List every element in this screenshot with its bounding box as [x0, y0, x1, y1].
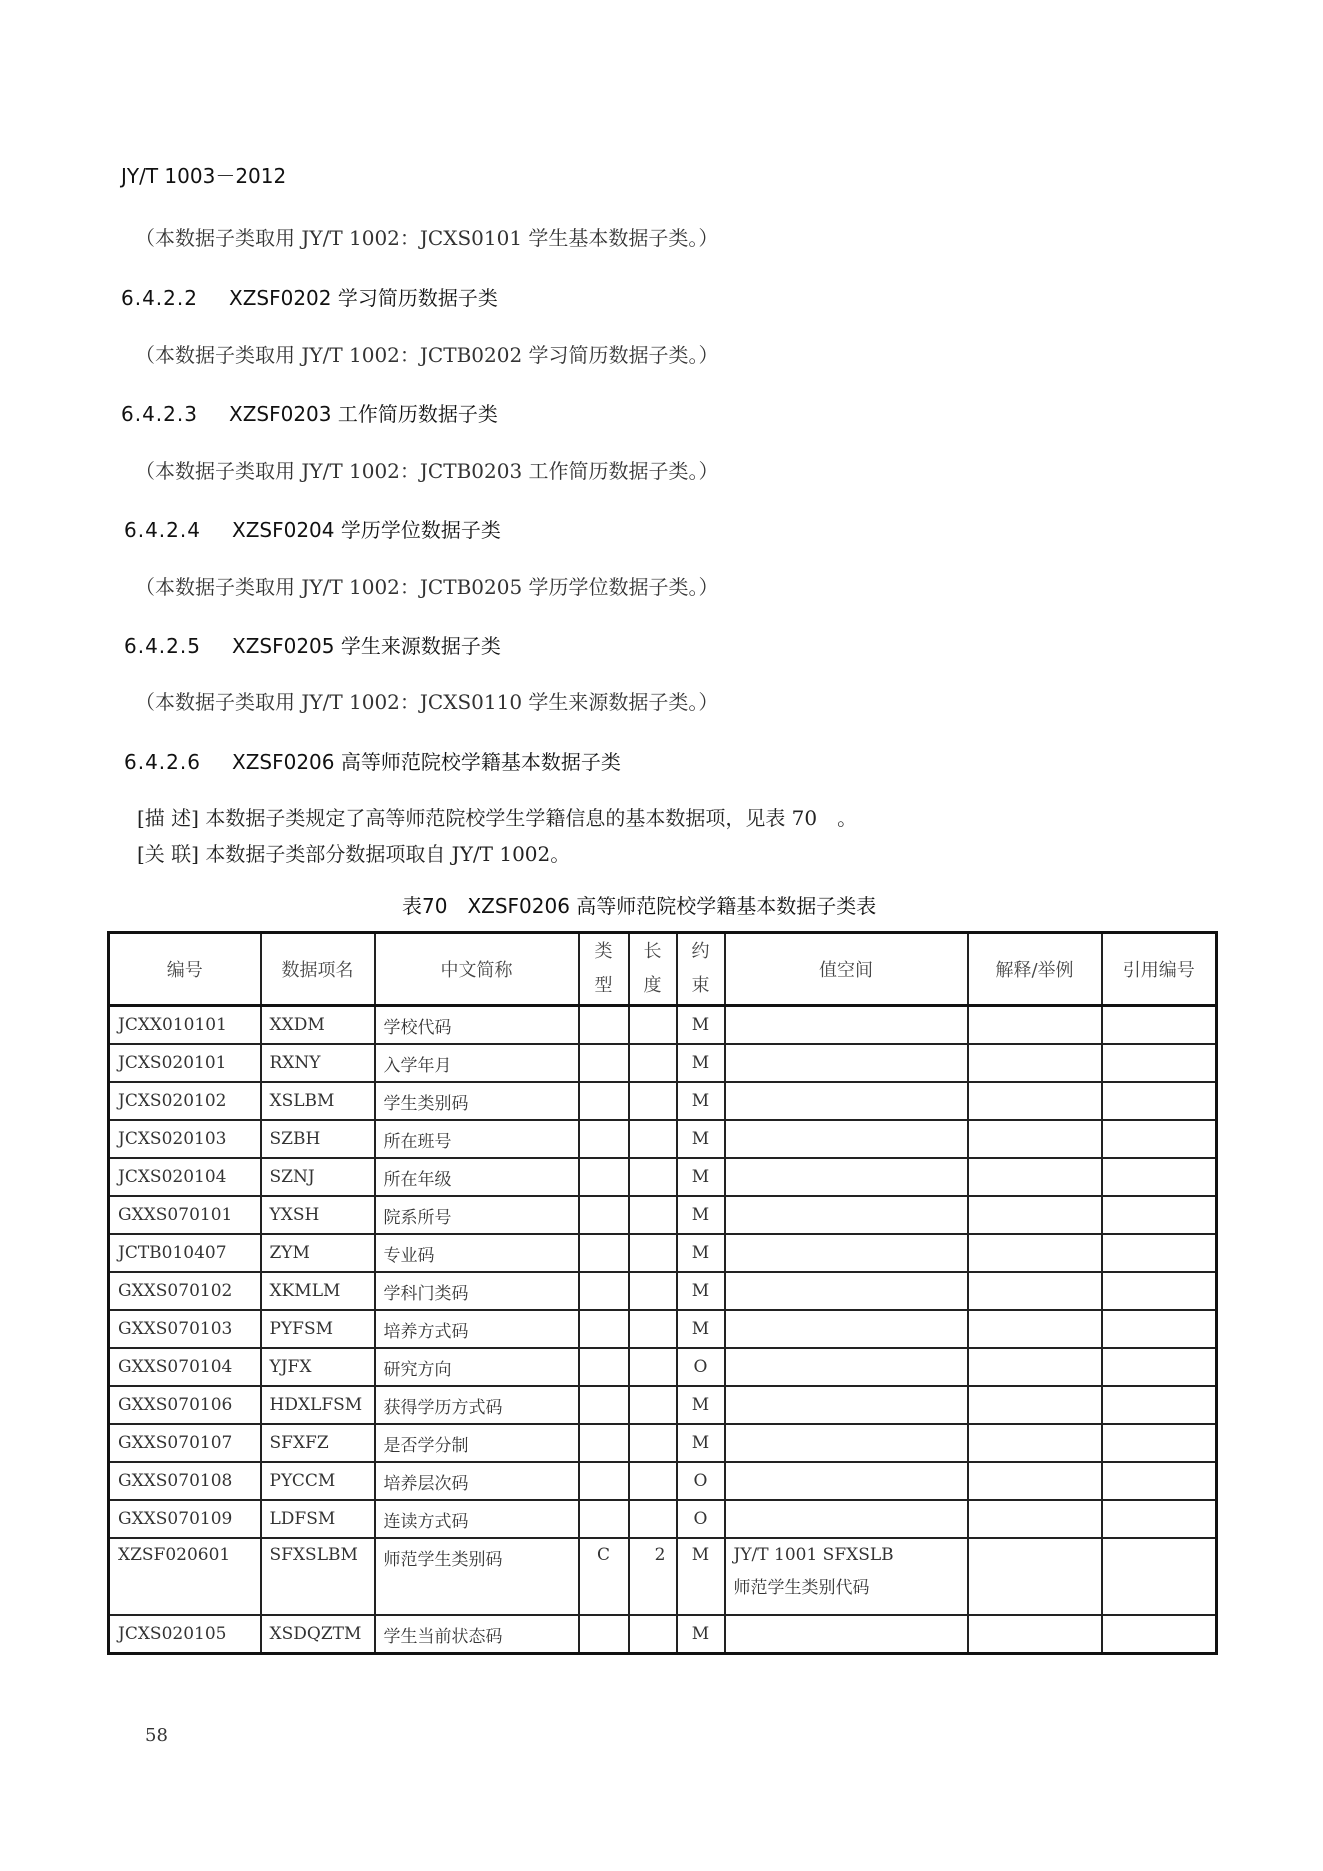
section-title: XZSF0206 高等师范院校学籍基本数据子类 — [232, 750, 621, 774]
cell-type — [579, 1158, 629, 1196]
header-line: 度 — [644, 975, 662, 996]
column-header-ref: 引用编号 — [1102, 933, 1217, 1006]
cell-cn: 培养层次码 — [375, 1462, 579, 1500]
cell-length — [629, 1006, 677, 1045]
cell-explain — [968, 1158, 1102, 1196]
table-row: JCXS020104 SZNJ 所在年级 M — [109, 1158, 1217, 1196]
page-number: 58 — [145, 1725, 168, 1746]
column-header-value-space: 值空间 — [725, 933, 968, 1006]
cell-ref — [1102, 1538, 1217, 1615]
table-row: JCXS020101 RXNY 入学年月 M — [109, 1044, 1217, 1082]
cell-value-space — [725, 1006, 968, 1045]
section-heading-6-4-2-2: 6.4.2.2XZSF0202 学习简历数据子类 — [121, 282, 498, 311]
cell-cn: 学生类别码 — [375, 1082, 579, 1120]
cell-value-space — [725, 1120, 968, 1158]
description-paragraph: [描 述] 本数据子类规定了高等师范院校学生学籍信息的基本数据项，见表 70 。 — [137, 802, 857, 831]
cell-ref — [1102, 1006, 1217, 1045]
cell-cn: 入学年月 — [375, 1044, 579, 1082]
table-caption: 表70 XZSF0206 高等师范院校学籍基本数据子类表 — [402, 890, 876, 919]
cell-cn: 研究方向 — [375, 1348, 579, 1386]
cell-name: XSLBM — [261, 1082, 375, 1120]
cell-value-space — [725, 1615, 968, 1654]
cell-constraint: M — [677, 1120, 725, 1158]
cell-value-space — [725, 1272, 968, 1310]
table-row: GXXS070106 HDXLFSM 获得学历方式码 M — [109, 1386, 1217, 1424]
table-row: GXXS070104 YJFX 研究方向 O — [109, 1348, 1217, 1386]
column-header-length: 长度 — [629, 933, 677, 1006]
cell-type — [579, 1044, 629, 1082]
cell-length — [629, 1234, 677, 1272]
cell-id: GXXS070102 — [109, 1272, 261, 1310]
cell-explain — [968, 1044, 1102, 1082]
column-header-constraint: 约束 — [677, 933, 725, 1006]
cell-name: XKMLM — [261, 1272, 375, 1310]
section-number: 6.4.2.3 — [121, 402, 229, 426]
cell-length — [629, 1196, 677, 1234]
standard-id-header: JY/T 1003－2012 — [121, 160, 286, 189]
section-note-6-4-2-4: （本数据子类取用 JY/T 1002：JCTB0205 学历学位数据子类。） — [135, 571, 719, 600]
section-title: XZSF0202 学习简历数据子类 — [229, 286, 498, 310]
cell-cn: 专业码 — [375, 1234, 579, 1272]
cell-type: C — [579, 1538, 629, 1615]
cell-name: PYFSM — [261, 1310, 375, 1348]
cell-ref — [1102, 1044, 1217, 1082]
cell-cn: 所在班号 — [375, 1120, 579, 1158]
description-label: [描 述] — [137, 806, 199, 830]
cell-constraint: M — [677, 1006, 725, 1045]
cell-explain — [968, 1500, 1102, 1538]
cell-value-space — [725, 1158, 968, 1196]
cell-cn: 师范学生类别码 — [375, 1538, 579, 1615]
cell-cn: 连读方式码 — [375, 1500, 579, 1538]
cell-explain — [968, 1272, 1102, 1310]
cell-value-space — [725, 1386, 968, 1424]
section-number: 6.4.2.4 — [124, 518, 232, 542]
value-space-line: 师范学生类别代码 — [734, 1573, 959, 1598]
cell-name: SZNJ — [261, 1158, 375, 1196]
cell-id: JCXS020104 — [109, 1158, 261, 1196]
cell-cn: 培养方式码 — [375, 1310, 579, 1348]
cell-value-space — [725, 1234, 968, 1272]
cell-id: GXXS070108 — [109, 1462, 261, 1500]
table-row: GXXS070107 SFXFZ 是否学分制 M — [109, 1424, 1217, 1462]
table-row: GXXS070102 XKMLM 学科门类码 M — [109, 1272, 1217, 1310]
data-items-table: 编号 数据项名 中文简称 类型 长度 约束 值空间 解释/举例 引用编号 JCX… — [107, 931, 1218, 1655]
cell-cn: 学校代码 — [375, 1006, 579, 1045]
column-header-id: 编号 — [109, 933, 261, 1006]
cell-value-space — [725, 1196, 968, 1234]
cell-length — [629, 1120, 677, 1158]
cell-cn: 所在年级 — [375, 1158, 579, 1196]
cell-name: YXSH — [261, 1196, 375, 1234]
cell-value-space — [725, 1348, 968, 1386]
section-title: XZSF0204 学历学位数据子类 — [232, 518, 501, 542]
table-row: XZSF020601 SFXSLBM 师范学生类别码 C 2 M JY/T 10… — [109, 1538, 1217, 1615]
cell-id: GXXS070103 — [109, 1310, 261, 1348]
table-row: GXXS070108 PYCCM 培养层次码 O — [109, 1462, 1217, 1500]
cell-name: RXNY — [261, 1044, 375, 1082]
cell-length: 2 — [629, 1538, 677, 1615]
cell-cn: 学生当前状态码 — [375, 1615, 579, 1654]
header-line: 约 — [692, 941, 710, 962]
description-text: 本数据子类规定了高等师范院校学生学籍信息的基本数据项，见表 70 。 — [205, 806, 857, 830]
table-row: GXXS070103 PYFSM 培养方式码 M — [109, 1310, 1217, 1348]
cell-type — [579, 1272, 629, 1310]
cell-value-space: JY/T 1001 SFXSLB师范学生类别代码 — [725, 1538, 968, 1615]
cell-constraint: M — [677, 1044, 725, 1082]
cell-explain — [968, 1424, 1102, 1462]
cell-ref — [1102, 1158, 1217, 1196]
cell-ref — [1102, 1500, 1217, 1538]
cell-type — [579, 1006, 629, 1045]
cell-explain — [968, 1462, 1102, 1500]
cell-id: GXXS070106 — [109, 1386, 261, 1424]
cell-type — [579, 1120, 629, 1158]
cell-length — [629, 1615, 677, 1654]
cell-name: HDXLFSM — [261, 1386, 375, 1424]
cell-cn: 是否学分制 — [375, 1424, 579, 1462]
cell-name: YJFX — [261, 1348, 375, 1386]
column-header-cn: 中文简称 — [375, 933, 579, 1006]
section-number: 6.4.2.5 — [124, 634, 232, 658]
section-note-6-4-2-2: （本数据子类取用 JY/T 1002：JCTB0202 学习简历数据子类。） — [135, 339, 719, 368]
cell-constraint: M — [677, 1386, 725, 1424]
cell-length — [629, 1310, 677, 1348]
section-note-6-4-2-1: （本数据子类取用 JY/T 1002：JCXS0101 学生基本数据子类。） — [135, 222, 718, 251]
table-row: JCXS020105 XSDQZTM 学生当前状态码 M — [109, 1615, 1217, 1654]
section-heading-6-4-2-3: 6.4.2.3XZSF0203 工作简历数据子类 — [121, 398, 498, 427]
section-note-6-4-2-5: （本数据子类取用 JY/T 1002：JCXS0110 学生来源数据子类。） — [135, 686, 718, 715]
table-row: GXXS070101 YXSH 院系所号 M — [109, 1196, 1217, 1234]
cell-value-space — [725, 1310, 968, 1348]
cell-type — [579, 1615, 629, 1654]
cell-ref — [1102, 1386, 1217, 1424]
cell-id: XZSF020601 — [109, 1538, 261, 1615]
cell-ref — [1102, 1462, 1217, 1500]
cell-ref — [1102, 1348, 1217, 1386]
cell-explain — [968, 1386, 1102, 1424]
cell-name: PYCCM — [261, 1462, 375, 1500]
relation-text: 本数据子类部分数据项取自 JY/T 1002。 — [205, 842, 570, 866]
cell-ref — [1102, 1424, 1217, 1462]
cell-value-space — [725, 1424, 968, 1462]
cell-explain — [968, 1120, 1102, 1158]
cell-type — [579, 1348, 629, 1386]
cell-ref — [1102, 1082, 1217, 1120]
cell-id: GXXS070104 — [109, 1348, 261, 1386]
cell-name: ZYM — [261, 1234, 375, 1272]
cell-name: XSDQZTM — [261, 1615, 375, 1654]
cell-id: JCXS020102 — [109, 1082, 261, 1120]
value-space-line: JY/T 1001 SFXSLB — [734, 1545, 894, 1565]
cell-type — [579, 1082, 629, 1120]
section-note-6-4-2-3: （本数据子类取用 JY/T 1002：JCTB0203 工作简历数据子类。） — [135, 455, 719, 484]
cell-id: JCXS020105 — [109, 1615, 261, 1654]
section-number: 6.4.2.2 — [121, 286, 229, 310]
cell-length — [629, 1272, 677, 1310]
cell-constraint: O — [677, 1462, 725, 1500]
cell-ref — [1102, 1272, 1217, 1310]
cell-type — [579, 1234, 629, 1272]
section-heading-6-4-2-5: 6.4.2.5XZSF0205 学生来源数据子类 — [124, 630, 501, 659]
cell-type — [579, 1386, 629, 1424]
cell-name: SZBH — [261, 1120, 375, 1158]
table-header-row: 编号 数据项名 中文简称 类型 长度 约束 值空间 解释/举例 引用编号 — [109, 933, 1217, 1006]
table-row: JCTB010407 ZYM 专业码 M — [109, 1234, 1217, 1272]
cell-name: SFXFZ — [261, 1424, 375, 1462]
cell-explain — [968, 1310, 1102, 1348]
cell-length — [629, 1044, 677, 1082]
column-header-name: 数据项名 — [261, 933, 375, 1006]
header-line: 束 — [692, 975, 710, 996]
column-header-explain: 解释/举例 — [968, 933, 1102, 1006]
cell-explain — [968, 1234, 1102, 1272]
header-line: 长 — [644, 941, 662, 962]
cell-ref — [1102, 1234, 1217, 1272]
cell-length — [629, 1386, 677, 1424]
cell-length — [629, 1082, 677, 1120]
cell-name: LDFSM — [261, 1500, 375, 1538]
relation-label: [关 联] — [137, 842, 199, 866]
cell-cn: 院系所号 — [375, 1196, 579, 1234]
cell-constraint: M — [677, 1082, 725, 1120]
cell-constraint: M — [677, 1538, 725, 1615]
cell-id: JCXS020103 — [109, 1120, 261, 1158]
table-row: JCXS020103 SZBH 所在班号 M — [109, 1120, 1217, 1158]
cell-constraint: M — [677, 1310, 725, 1348]
cell-length — [629, 1348, 677, 1386]
cell-id: GXXS070107 — [109, 1424, 261, 1462]
cell-length — [629, 1158, 677, 1196]
cell-id: JCXS020101 — [109, 1044, 261, 1082]
cell-cn: 获得学历方式码 — [375, 1386, 579, 1424]
column-header-type: 类型 — [579, 933, 629, 1006]
cell-type — [579, 1310, 629, 1348]
section-heading-6-4-2-6: 6.4.2.6XZSF0206 高等师范院校学籍基本数据子类 — [124, 746, 621, 775]
cell-constraint: M — [677, 1615, 725, 1654]
cell-constraint: M — [677, 1234, 725, 1272]
cell-ref — [1102, 1310, 1217, 1348]
cell-constraint: M — [677, 1158, 725, 1196]
cell-type — [579, 1424, 629, 1462]
cell-length — [629, 1462, 677, 1500]
header-line: 型 — [595, 975, 613, 996]
section-title: XZSF0205 学生来源数据子类 — [232, 634, 501, 658]
cell-constraint: M — [677, 1196, 725, 1234]
cell-length — [629, 1500, 677, 1538]
relation-paragraph: [关 联] 本数据子类部分数据项取自 JY/T 1002。 — [137, 838, 570, 867]
cell-cn: 学科门类码 — [375, 1272, 579, 1310]
table-row: GXXS070109 LDFSM 连读方式码 O — [109, 1500, 1217, 1538]
cell-value-space — [725, 1082, 968, 1120]
cell-ref — [1102, 1615, 1217, 1654]
header-line: 类 — [595, 941, 613, 962]
cell-ref — [1102, 1196, 1217, 1234]
cell-ref — [1102, 1120, 1217, 1158]
section-number: 6.4.2.6 — [124, 750, 232, 774]
cell-constraint: O — [677, 1500, 725, 1538]
cell-value-space — [725, 1462, 968, 1500]
cell-value-space — [725, 1044, 968, 1082]
cell-explain — [968, 1538, 1102, 1615]
cell-id: GXXS070101 — [109, 1196, 261, 1234]
cell-explain — [968, 1615, 1102, 1654]
cell-name: XXDM — [261, 1006, 375, 1045]
cell-length — [629, 1424, 677, 1462]
cell-explain — [968, 1348, 1102, 1386]
cell-type — [579, 1500, 629, 1538]
cell-id: JCTB010407 — [109, 1234, 261, 1272]
cell-explain — [968, 1082, 1102, 1120]
cell-explain — [968, 1196, 1102, 1234]
cell-constraint: M — [677, 1424, 725, 1462]
cell-value-space — [725, 1500, 968, 1538]
table-row: JCXX010101 XXDM 学校代码 M — [109, 1006, 1217, 1045]
cell-id: GXXS070109 — [109, 1500, 261, 1538]
section-heading-6-4-2-4: 6.4.2.4XZSF0204 学历学位数据子类 — [124, 514, 501, 543]
cell-explain — [968, 1006, 1102, 1045]
cell-constraint: O — [677, 1348, 725, 1386]
cell-constraint: M — [677, 1272, 725, 1310]
cell-name: SFXSLBM — [261, 1538, 375, 1615]
cell-type — [579, 1196, 629, 1234]
cell-id: JCXX010101 — [109, 1006, 261, 1045]
section-title: XZSF0203 工作简历数据子类 — [229, 402, 498, 426]
table-row: JCXS020102 XSLBM 学生类别码 M — [109, 1082, 1217, 1120]
cell-type — [579, 1462, 629, 1500]
